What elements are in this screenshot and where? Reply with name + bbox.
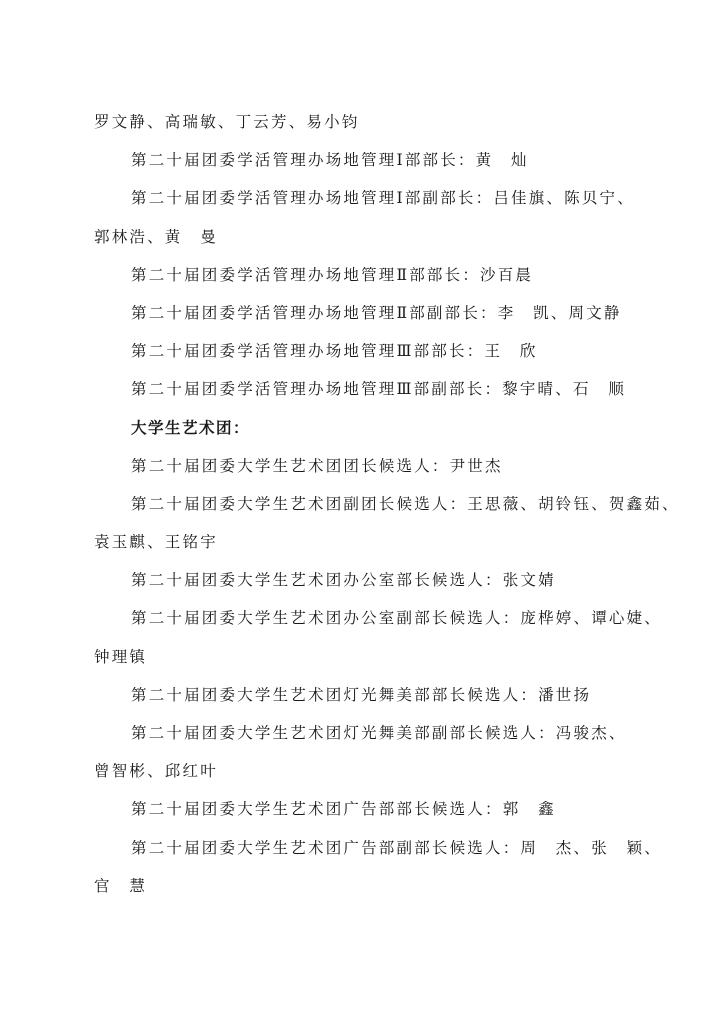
list-continuation: 袁玉麒、王铭宇	[94, 530, 639, 568]
list-item: 第二十届团委大学生艺术团广告部副部长候选人：周 杰、张 颖、	[94, 836, 639, 874]
list-item: 第二十届团委大学生艺术团灯光舞美部副部长候选人：冯骏杰、	[94, 721, 639, 759]
list-item: 第二十届团委大学生艺术团广告部部长候选人：郭 鑫	[94, 797, 639, 835]
list-continuation: 曾智彬、邱红叶	[94, 759, 639, 797]
list-item: 第二十届团委学活管理办场地管理Ⅱ部部长：沙百晨	[94, 263, 639, 301]
list-item: 第二十届团委学活管理办场地管理Ⅲ部部长：王 欣	[94, 339, 639, 377]
list-item: 第二十届团委学活管理办场地管理Ⅰ部部长：黄 灿	[94, 148, 639, 186]
list-continuation: 郭林浩、黄 曼	[94, 225, 639, 263]
list-item: 第二十届团委大学生艺术团办公室副部长候选人：庞桦婷、谭心婕、	[94, 606, 639, 644]
list-item: 第二十届团委大学生艺术团办公室部长候选人：张文婧	[94, 568, 639, 606]
document-page: 罗文静、高瑞敏、丁云芳、易小钧 第二十届团委学活管理办场地管理Ⅰ部部长：黄 灿 …	[0, 0, 720, 1018]
list-item: 第二十届团委大学生艺术团团长候选人：尹世杰	[94, 454, 639, 492]
document-body: 罗文静、高瑞敏、丁云芳、易小钧 第二十届团委学活管理办场地管理Ⅰ部部长：黄 灿 …	[94, 110, 639, 912]
list-item: 第二十届团委学活管理办场地管理Ⅲ部副部长：黎宇晴、石 顺	[94, 377, 639, 415]
section-heading: 大学生艺术团：	[94, 416, 639, 454]
list-item: 第二十届团委学活管理办场地管理Ⅰ部副部长：吕佳旗、陈贝宁、	[94, 186, 639, 224]
list-continuation: 官 慧	[94, 874, 639, 912]
list-item: 第二十届团委学活管理办场地管理Ⅱ部副部长：李 凯、周文静	[94, 301, 639, 339]
list-continuation: 钟理镇	[94, 645, 639, 683]
list-continuation: 罗文静、高瑞敏、丁云芳、易小钧	[94, 110, 639, 148]
list-item: 第二十届团委大学生艺术团灯光舞美部部长候选人：潘世扬	[94, 683, 639, 721]
list-item: 第二十届团委大学生艺术团副团长候选人：王思薇、胡铃钰、贺鑫茹、	[94, 492, 639, 530]
